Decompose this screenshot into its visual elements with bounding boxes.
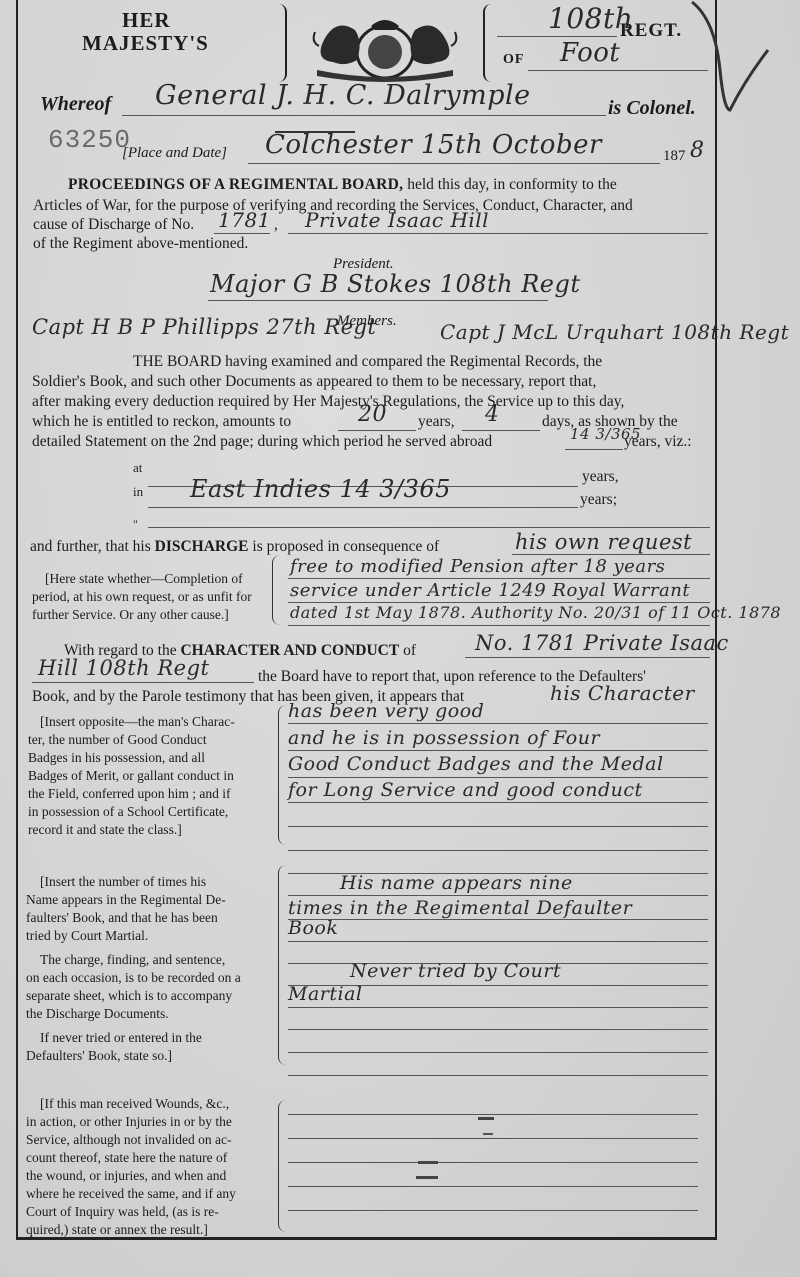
wounds-instruction-6: where he received the same, and if any xyxy=(26,1185,236,1203)
left-brace xyxy=(275,4,287,82)
wounds-rule-3 xyxy=(288,1162,698,1163)
wounds-brace xyxy=(278,1100,287,1232)
at-label: at xyxy=(133,458,142,478)
regiment-type-line xyxy=(528,70,708,71)
discharge-rule-3 xyxy=(288,625,710,626)
discharge-instruction-2: period, at his own request, or as unfit … xyxy=(32,588,252,606)
defaulters-entry-1: His name appears nine xyxy=(340,872,573,894)
character-instruction-7: record it and state the class.] xyxy=(28,821,182,839)
discharge-instruction-3: further Service. Or any other cause.] xyxy=(32,606,229,624)
defaulters-rule-6 xyxy=(288,1007,708,1008)
defaulters-rule-1 xyxy=(288,895,708,896)
character-entry-2: and he is in possession of Four xyxy=(288,727,600,749)
discharge-instruction-1: [Here state whether—Completion of xyxy=(45,570,243,588)
character-entry-1: has been very good xyxy=(288,700,484,722)
defaulters-entry-2: times in the Regimental Defaulter xyxy=(288,897,632,919)
years-line xyxy=(338,430,416,431)
character-rule-4 xyxy=(288,802,708,803)
character-value-line2: Hill 108th Regt xyxy=(38,656,209,680)
character-rule-3 xyxy=(288,777,708,778)
wounds-rule-2 xyxy=(288,1138,698,1139)
service-line1: THE BOARD having examined and compared t… xyxy=(133,352,602,372)
soldier-name-value: Private Isaac Hill xyxy=(305,208,489,232)
days-line xyxy=(462,430,540,431)
defaulters-entry-5: Martial xyxy=(288,983,362,1005)
discharge-line: and further, that his DISCHARGE is propo… xyxy=(30,537,439,557)
abroad-line xyxy=(565,449,623,450)
service-line2: Soldier's Book, and such other Documents… xyxy=(32,372,596,392)
defaulters-entry-4: Never tried by Court xyxy=(350,960,561,982)
discharge-keyword: DISCHARGE xyxy=(155,538,249,555)
ink-mark xyxy=(483,1133,493,1135)
defaulters-instruction-6: on each occasion, is to be recorded on a xyxy=(26,969,241,987)
character-instruction-4: Badges of Merit, or gallant conduct in xyxy=(28,767,234,785)
years-label: years, xyxy=(418,412,455,432)
character-rule-a xyxy=(465,657,710,658)
wounds-instruction-8: quired,) state or annex the result.] xyxy=(26,1221,208,1239)
royal-coat-of-arms-icon xyxy=(305,12,465,82)
character-instruction-3: Badges in his possession, and all xyxy=(28,749,205,767)
character-rule-2 xyxy=(288,750,708,751)
character-instruction-6: in possession of a School Certificate, xyxy=(28,803,228,821)
service-line3: after making every deduction required by… xyxy=(32,392,624,412)
of-label: OF xyxy=(503,52,524,68)
colonel-line xyxy=(122,115,606,116)
wounds-instruction-7: Court of Inquiry was held, (as is re- xyxy=(26,1203,219,1221)
defaulters-instruction-5: The charge, finding, and sentence, xyxy=(40,951,225,969)
character-instruction-2: ter, the number of Good Conduct xyxy=(28,731,207,749)
ditto-line xyxy=(148,527,710,528)
member-1-value: Capt H B P Phillipps 27th Regt xyxy=(32,315,376,339)
ink-mark xyxy=(416,1176,438,1179)
regt-label: REGT. xyxy=(620,20,682,42)
title-her: HER xyxy=(122,8,171,33)
regiment-type-value: Foot xyxy=(560,38,620,68)
place-date-value: Colchester 15th October xyxy=(265,130,602,160)
in-value: East Indies 14 3/365 xyxy=(190,475,451,503)
proceedings-line4: of the Regiment above-mentioned. xyxy=(33,234,248,254)
character-rule-5 xyxy=(288,826,708,827)
in-years-label: years; xyxy=(580,490,617,510)
in-line xyxy=(148,507,578,508)
year-suffix: 8 xyxy=(690,138,705,163)
discharge-value-line2: free to modified Pension after 18 years xyxy=(290,556,665,577)
archive-stamp-number: 63250 xyxy=(48,125,131,155)
defaulters-instruction-1: [Insert the number of times his xyxy=(40,873,206,891)
days-value: 4 xyxy=(485,402,500,427)
defaulters-brace xyxy=(278,865,287,1065)
check-mark-icon xyxy=(690,0,770,120)
regiment-number-line xyxy=(497,36,617,37)
in-label: in xyxy=(133,482,143,502)
wounds-instruction-4: count thereof, state here the nature of xyxy=(26,1149,227,1167)
discharge-middle: is proposed in consequence of xyxy=(252,538,439,555)
defaulters-instruction-4: tried by Court Martial. xyxy=(26,927,148,945)
year-prefix: 187 xyxy=(663,148,686,165)
member-2-value: Capt J McL Urquhart 108th Regt xyxy=(440,320,789,344)
defaulters-rule-9 xyxy=(288,1075,708,1076)
wounds-instruction-5: the wound, or injuries, and when and xyxy=(26,1167,226,1185)
proceedings-line3-prefix: cause of Discharge of No. xyxy=(33,215,194,235)
place-date-label: [Place and Date] xyxy=(122,145,227,162)
statement-prefix: detailed Statement on the 2nd page; duri… xyxy=(32,432,492,452)
wounds-instruction-2: in action, or other Injuries in or by th… xyxy=(26,1113,232,1131)
ditto-mark: " xyxy=(133,514,138,534)
discharge-prefix: and further, that his xyxy=(30,538,151,555)
soldier-name-line xyxy=(288,233,708,234)
character-line3-value: his Character xyxy=(550,681,695,705)
discharge-brace xyxy=(272,555,281,625)
proceedings-heading: PROCEEDINGS OF A REGIMENTAL BOARD, xyxy=(68,176,403,193)
colonel-name-value: General J. H. C. Dalrymple xyxy=(155,80,531,111)
character-rule-b xyxy=(32,682,254,683)
defaulters-instruction-3: faulters' Book, and that he has been xyxy=(26,909,218,927)
comma: , xyxy=(274,215,278,235)
character-instruction-5: the Field, conferred upon him ; and if xyxy=(28,785,230,803)
defaulters-rule-8 xyxy=(288,1052,708,1053)
discharge-value-line1: his own request xyxy=(515,530,692,554)
abroad-suffix: years, viz.: xyxy=(624,432,692,452)
whereof-label: Whereof xyxy=(40,93,111,116)
years-value: 20 xyxy=(358,402,387,427)
defaulters-instruction-10: Defaulters' Book, state so.] xyxy=(26,1047,172,1065)
character-brace xyxy=(278,705,287,845)
proceedings-line1: PROCEEDINGS OF A REGIMENTAL BOARD, held … xyxy=(68,175,617,195)
character-rule-1 xyxy=(288,723,708,724)
wounds-instruction-1: [If this man received Wounds, &c., xyxy=(40,1095,229,1113)
discharge-value-line3: service under Article 1249 Royal Warrant xyxy=(290,580,690,601)
character-entry-3: Good Conduct Badges and the Medal xyxy=(288,753,664,775)
character-value-line1: No. 1781 Private Isaac xyxy=(475,631,729,655)
discharge-value-line4: dated 1st May 1878. Authority No. 20/31 … xyxy=(290,603,781,622)
right-brace xyxy=(483,4,495,82)
character-instruction-1: [Insert opposite—the man's Charac- xyxy=(40,713,235,731)
character-entry-4: for Long Service and good conduct xyxy=(288,779,643,801)
character-of-label: of xyxy=(403,642,416,659)
defaulters-instruction-9: If never tried or entered in the xyxy=(40,1029,202,1047)
defaulters-instruction-7: separate sheet, which is to accompany xyxy=(26,987,232,1005)
president-line xyxy=(208,300,548,301)
wounds-rule-1 xyxy=(288,1114,698,1115)
defaulters-rule-3 xyxy=(288,941,708,942)
is-colonel-label: is Colonel. xyxy=(608,97,696,120)
ink-mark xyxy=(418,1161,438,1164)
defaulters-instruction-2: Name appears in the Regimental De- xyxy=(26,891,226,909)
defaulters-instruction-8: the Discharge Documents. xyxy=(26,1005,169,1023)
soldier-number-value: 1781 xyxy=(218,208,271,232)
title-majestys: MAJESTY'S xyxy=(82,31,209,56)
president-value: Major G B Stokes 108th Regt xyxy=(210,270,581,298)
reckon-prefix: which he is entitled to reckon, amounts … xyxy=(32,412,291,432)
place-date-line xyxy=(248,163,660,164)
at-years-label: years, xyxy=(582,467,619,487)
place-date-overline xyxy=(275,131,355,133)
defaulters-rule-2 xyxy=(288,919,708,920)
defaulters-rule-7 xyxy=(288,1029,708,1030)
proceedings-line1-rest: held this day, in conformity to the xyxy=(407,176,617,193)
wounds-rule-5 xyxy=(288,1210,698,1211)
character-keyword: CHARACTER AND CONDUCT xyxy=(180,642,399,659)
discharge-rule-0 xyxy=(512,554,710,555)
defaulters-entry-3: Book xyxy=(288,917,338,939)
character-rule-6 xyxy=(288,850,708,851)
wounds-rule-4 xyxy=(288,1186,698,1187)
ink-mark xyxy=(478,1117,494,1120)
discharge-rule-1 xyxy=(288,578,710,579)
wounds-instruction-3: Service, although not invalided on ac- xyxy=(26,1131,231,1149)
